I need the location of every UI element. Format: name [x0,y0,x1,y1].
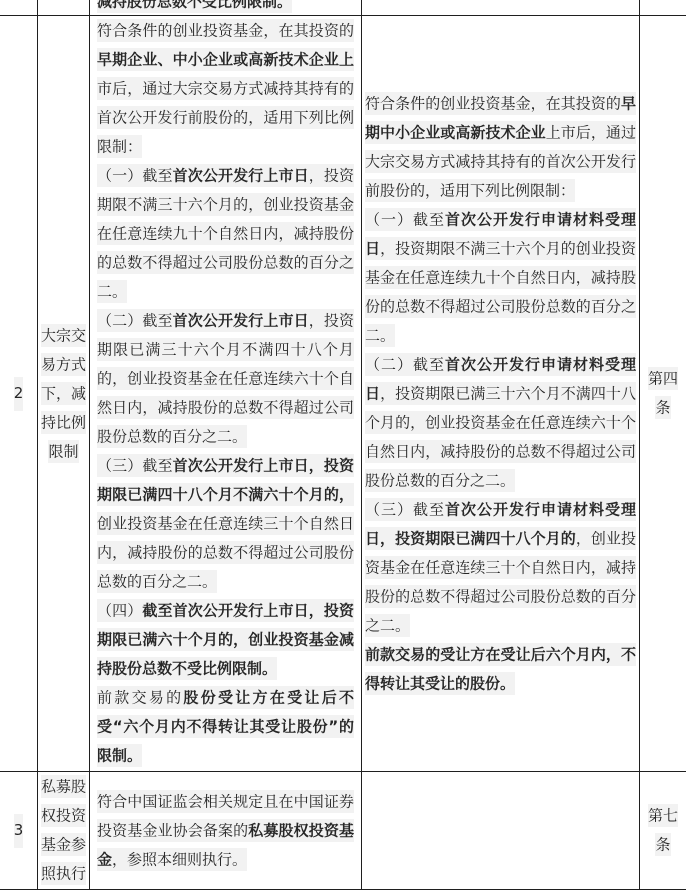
article-ref: 第四条 [648,367,678,419]
article-ref: 第七条 [648,804,678,856]
cell-text-a-partial: 减持股份总数不受比例限制。 [90,0,362,15]
rule-text-column-b: 符合条件的创业投资基金，在其投资的早期中小企业或高新技术企业上市后，通过大宗交易… [362,16,640,771]
table-row-2: 2 大宗交易方式下，减持比例限制 符合条件的创业投资基金，在其投资的早期企业、中… [0,16,686,772]
regulation-table: 减持股份总数不受比例限制。 2 大宗交易方式下，减持比例限制 符合条件的创业投资… [0,0,686,890]
cell-article-partial [640,0,686,15]
row-label-cell: 私募股权投资基金参照执行 [38,772,90,889]
row-number-cell: 3 [0,772,38,889]
clipped-text-fragment: 减持股份总数不受比例限制。 [97,0,354,15]
rule-text-column-a: 符合中国证监会相关规定且在中国证券投资基金业协会备案的私募股权投资基金，参照本细… [90,772,362,889]
cell-number-partial [0,0,38,15]
cell-label-partial [38,0,90,15]
rule-text-column-a: 符合条件的创业投资基金，在其投资的早期企业、中小企业或高新技术企业上市后，通过大… [90,16,362,771]
table-row-3: 3 私募股权投资基金参照执行 符合中国证监会相关规定且在中国证券投资基金业协会备… [0,772,686,890]
rule-text-column-b [362,772,640,889]
table-row-partial: 减持股份总数不受比例限制。 [0,0,686,16]
article-ref-cell: 第七条 [640,772,686,889]
row-label: 大宗交易方式下，减持比例限制 [41,324,86,463]
row-number: 3 [14,814,24,848]
row-label-cell: 大宗交易方式下，减持比例限制 [38,16,90,771]
rule-paragraphs-a: 符合条件的创业投资基金，在其投资的早期企业、中小企业或高新技术企业上市后，通过大… [97,16,354,770]
rule-paragraphs-b: 符合条件的创业投资基金，在其投资的早期中小企业或高新技术企业上市后，通过大宗交易… [365,89,636,698]
row-number: 2 [14,377,24,411]
article-ref-cell: 第四条 [640,16,686,771]
rule-paragraphs-a: 符合中国证监会相关规定且在中国证券投资基金业协会备案的私募股权投资基金，参照本细… [97,787,354,874]
row-label: 私募股权投资基金参照执行 [41,775,86,885]
row-number-cell: 2 [0,16,38,771]
cell-text-b-partial [362,0,640,15]
